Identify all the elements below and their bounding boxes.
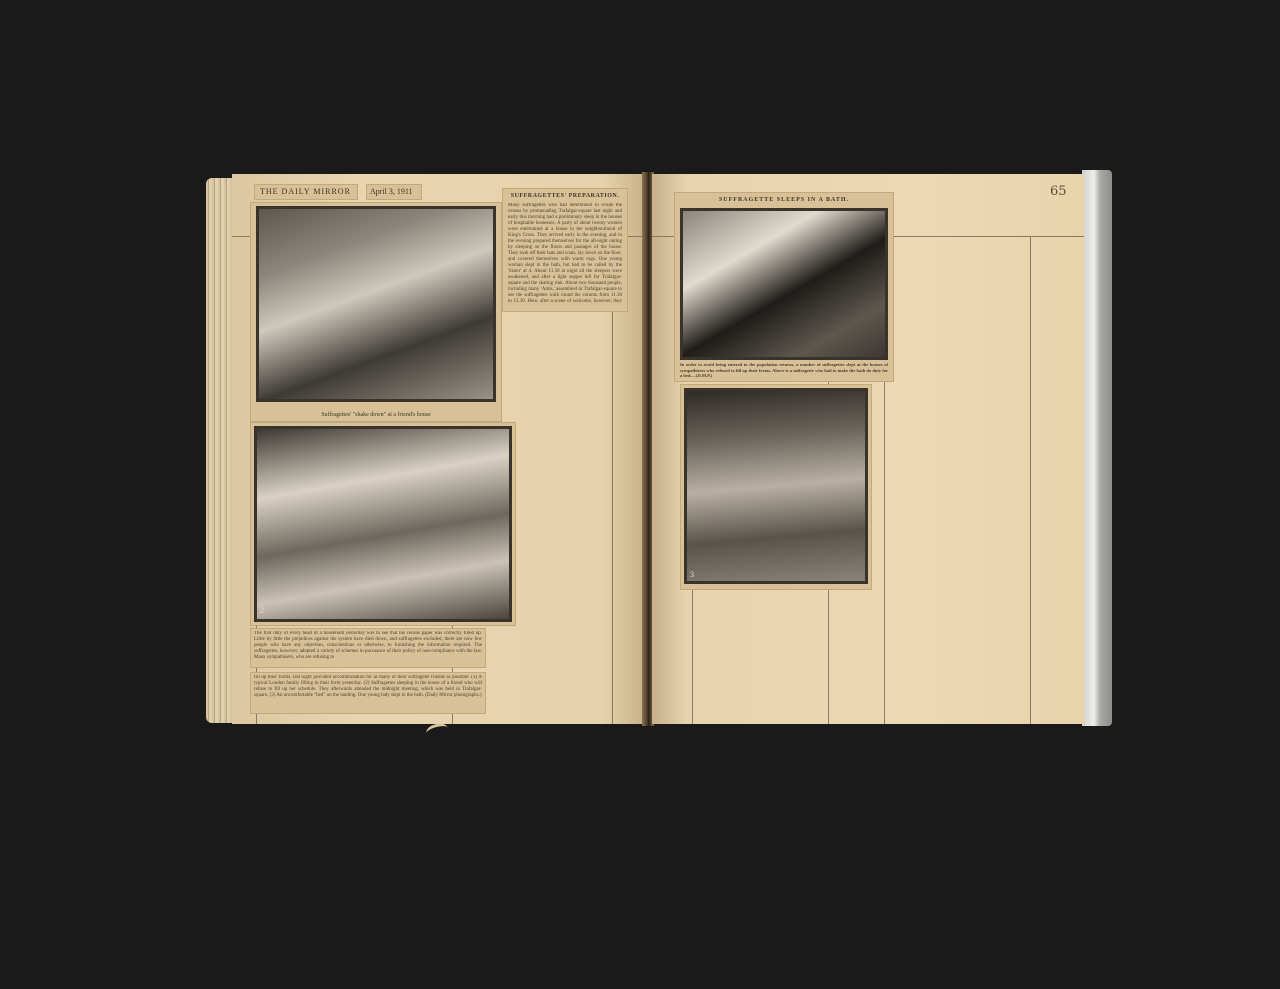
floor-photo-clipping: 3 <box>680 384 872 590</box>
bookmark-thread <box>425 721 450 739</box>
right-page: 65 SUFFRAGETTE SLEEPS IN A BATH. In orde… <box>652 174 1084 724</box>
newspaper-date: April 3, 1911 <box>370 187 413 196</box>
clipping-text: fill up their forms, last night provided… <box>254 675 482 711</box>
photo-suffragette-bath <box>680 208 888 360</box>
newspaper-name: THE DAILY MIRROR <box>260 187 351 196</box>
article-headline: SUFFRAGETTES' PREPARATION. <box>502 193 628 199</box>
photo-clipping-2: 2 <box>250 422 516 626</box>
figure-number: 3 <box>690 570 694 579</box>
figure-number: 2 <box>260 606 264 615</box>
ledger-rule <box>692 574 693 724</box>
clipping-text: The first duty of every head of a househ… <box>254 631 482 665</box>
photo-suffragette-landing <box>684 388 868 584</box>
left-page: THE DAILY MIRROR April 3, 1911 SUFFRAGET… <box>232 174 644 724</box>
photo-clipping-1: Suffragettes' "shake down" at a friend's… <box>250 202 502 422</box>
photo-shake-down <box>256 206 496 402</box>
photo-caption: In order to avoid being entered in the p… <box>680 362 888 379</box>
photo-suffragettes-sleeping <box>254 426 512 622</box>
article-body: Many suffragettes who had determined to … <box>508 203 622 303</box>
bath-photo-clipping: SUFFRAGETTE SLEEPS IN A BATH. In order t… <box>674 192 894 382</box>
date-clipping: April 3, 1911 <box>366 184 422 200</box>
article-clipping: SUFFRAGETTES' PREPARATION. Many suffrage… <box>502 188 628 312</box>
page-number: 65 <box>1050 184 1067 199</box>
book-cover-edge <box>1082 170 1112 726</box>
ledger-rule <box>1030 236 1031 724</box>
text-clipping-b: fill up their forms, last night provided… <box>250 672 486 714</box>
scrapbook: THE DAILY MIRROR April 3, 1911 SUFFRAGET… <box>206 168 1106 728</box>
article-headline: SUFFRAGETTE SLEEPS IN A BATH. <box>674 197 894 203</box>
photo-caption: Suffragettes' "shake down" at a friend's… <box>250 412 502 418</box>
text-clipping-a: The first duty of every head of a househ… <box>250 628 486 668</box>
masthead-clipping: THE DAILY MIRROR <box>254 184 358 200</box>
